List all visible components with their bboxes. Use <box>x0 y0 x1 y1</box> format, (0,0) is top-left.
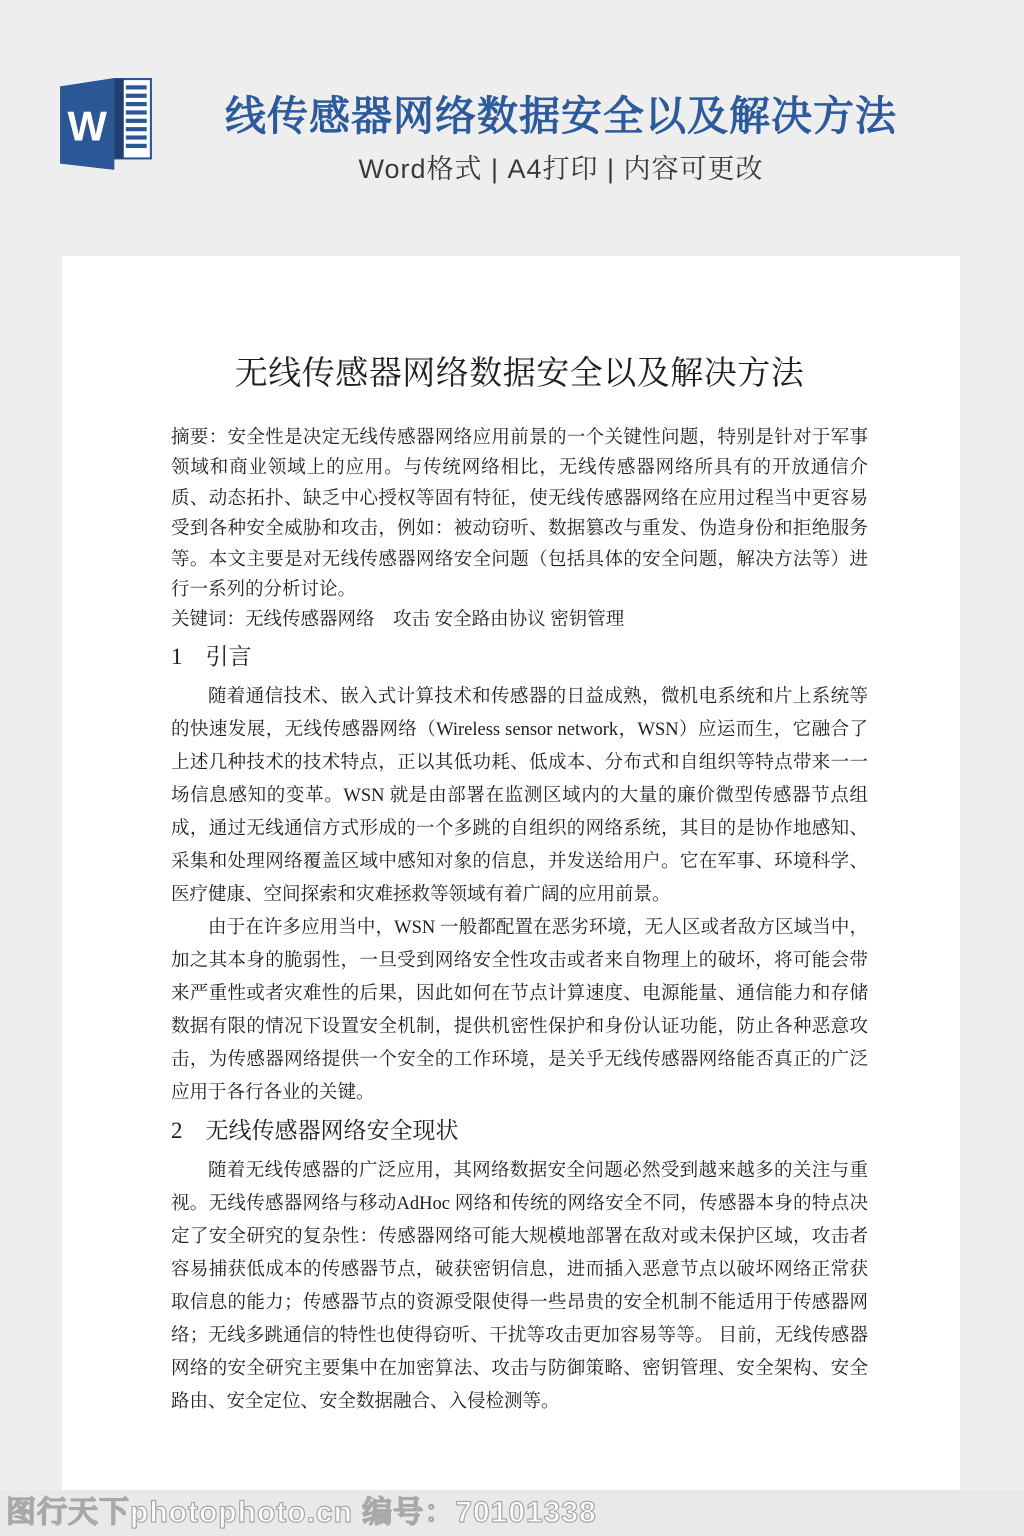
section-heading-security-status: 2 无线传感器网络安全现状 <box>171 1114 868 1147</box>
abstract-paragraph: 摘要：安全性是决定无线传感器网络应用前景的一个关键性问题，特别是针对于军事领域和… <box>171 423 868 605</box>
header: W 线传感器网络数据安全以及解决方法 Word格式 | A4打印 | 内容可更改 <box>0 0 1024 256</box>
security-status-paragraph: 随着无线传感器的广泛应用，其网络数据安全问题必然受到越来越多的关注与重视。无线传… <box>171 1155 868 1419</box>
document-page: 无线传感器网络数据安全以及解决方法 摘要：安全性是决定无线传感器网络应用前景的一… <box>62 256 960 1536</box>
document-title: 无线传感器网络数据安全以及解决方法 <box>171 352 868 396</box>
word-icon-letter: W <box>67 103 107 150</box>
keywords-line: 关键词：无线传感器网络 攻击 安全路由协议 密钥管理 <box>171 605 868 635</box>
watermark-bar: 图行天下photophoto.cn 编号：70101338 <box>0 1490 1024 1536</box>
header-title: 线传感器网络数据安全以及解决方法 <box>152 92 970 140</box>
intro-paragraph-1: 随着通信技术、嵌入式计算技术和传感器的日益成熟，微机电系统和片上系统等的快速发展… <box>171 681 868 912</box>
page-canvas: W 线传感器网络数据安全以及解决方法 Word格式 | A4打印 | 内容可更改… <box>0 0 1024 1536</box>
word-icon-svg: W <box>60 78 152 172</box>
intro-paragraph-2: 由于在许多应用当中，WSN 一般都配置在恶劣环境，无人区或者敌方区域当中，加之其… <box>171 912 868 1110</box>
header-subtitle: Word格式 | A4打印 | 内容可更改 <box>152 152 970 186</box>
section-heading-introduction: 1 引言 <box>171 640 868 673</box>
header-text-block: 线传感器网络数据安全以及解决方法 Word格式 | A4打印 | 内容可更改 <box>152 78 1024 186</box>
word-icon-page-spine <box>114 79 123 158</box>
word-document-icon: W <box>60 78 152 172</box>
watermark-text: 图行天下photophoto.cn 编号：70101338 <box>0 1490 1024 1536</box>
